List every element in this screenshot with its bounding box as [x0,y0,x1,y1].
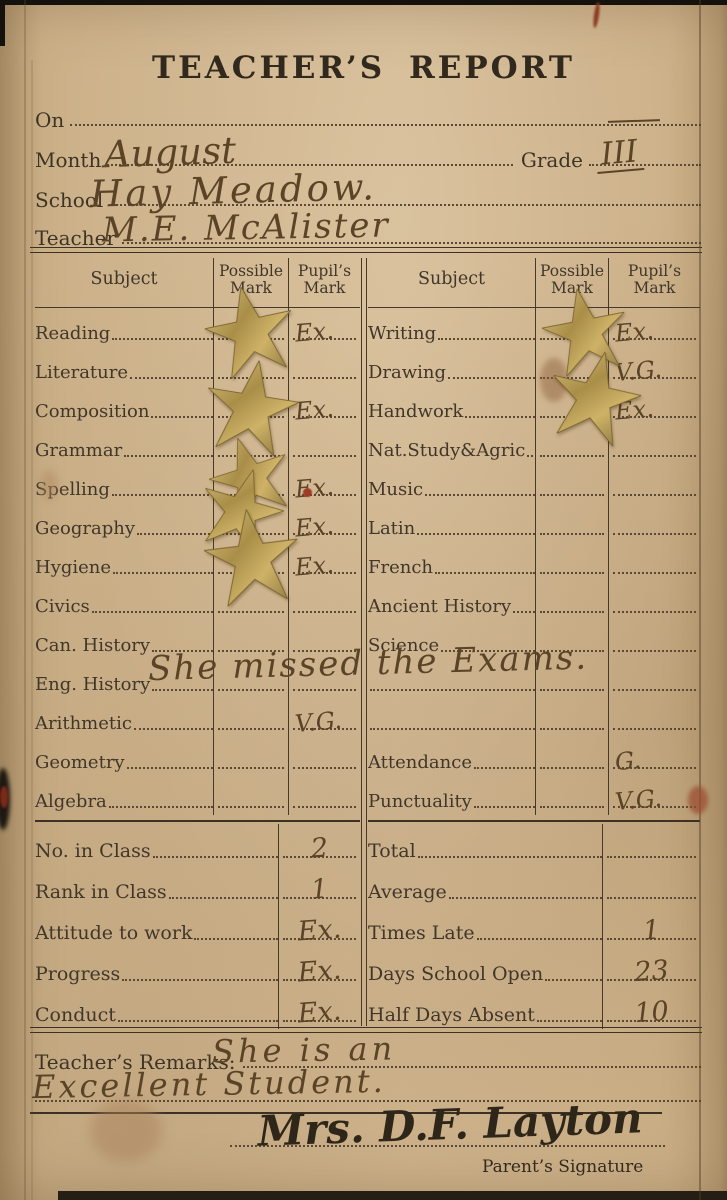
stat-value-handwriting: Ex. [278,955,361,988]
possible-mark-cell [535,464,608,503]
subject-cell: Spelling [35,464,213,503]
dotted-leader [218,728,284,730]
possible-mark-cell [213,737,288,776]
stats-left: No. in Class2Rank in Class1Attitude to w… [35,820,360,1029]
possible-mark-cell [535,581,608,620]
dotted-leader [370,728,535,730]
pupil-mark-cell: V.G. [608,776,700,815]
month-label: Month [35,148,107,172]
subject-cell: Drawing [368,347,535,386]
stat-label-cell: Progress [35,947,278,988]
pupil-mark-handwriting: G. [614,748,642,774]
pupil-mark-cell [608,581,700,620]
dotted-leader [448,377,535,379]
dotted-leader [540,806,604,808]
grade-label: Grade [513,148,589,172]
pupil-mark-header: Pupil’s Mark [608,258,700,308]
grade-value-handwriting: III [595,136,645,174]
possible-mark-cell [213,776,288,815]
dotted-leader [112,494,213,496]
stat-value-cell [602,865,700,906]
stat-value-cell: 1 [602,906,700,947]
dotted-leader [438,338,535,340]
possible-mark-cell [213,542,288,581]
stat-value-cell: 2 [278,824,360,865]
subject-cell: Arithmetic [35,698,213,737]
subject-cell: Civics [35,581,213,620]
dotted-leader [613,689,696,691]
scan-edge-bottom [58,1191,727,1200]
pupil-mark-handwriting: V.G. [614,786,663,814]
stats-row: Days School Open23 [368,947,700,988]
dotted-leader [474,767,535,769]
subject-cell: Hygiene [35,542,213,581]
dotted-leader [293,611,356,613]
subject-cell: Geometry [35,737,213,776]
dotted-leader [293,377,356,379]
double-rule [30,247,702,253]
stat-value-cell: Ex. [278,988,360,1029]
dotted-leader [537,1020,602,1022]
possible-mark-cell [213,308,288,347]
stat-value-cell: Ex. [278,906,360,947]
stat-label-cell: Rank in Class [35,865,278,906]
stat-value-handwriting: Ex. [278,914,361,947]
dotted-leader [218,611,284,613]
possible-mark-cell [213,581,288,620]
pupil-mark-cell [288,347,360,386]
table-header: Subject Possible Mark Pupil’s Mark [35,258,360,308]
subject-label: Algebra [35,791,109,812]
pupil-mark-cell [608,542,700,581]
stat-label: Average [368,881,449,903]
dotted-leader [124,455,213,457]
dotted-leader [152,689,213,691]
stats-row: Attitude to workEx. [35,906,360,947]
dotted-leader [540,416,604,418]
dotted-leader [169,897,278,899]
dotted-leader [218,377,284,379]
dotted-leader [218,689,284,691]
stat-value-handwriting: 1 [602,914,701,948]
pupil-mark-cell: Ex. [288,542,360,581]
possible-mark-header: Possible Mark [213,258,288,308]
dotted-leader [130,377,213,379]
stat-value-handwriting: 23 [602,955,701,989]
table-row: Latin [368,503,700,542]
dotted-leader [218,572,284,574]
dotted-leader [613,611,696,613]
possible-mark-cell [535,503,608,542]
subject-label: Latin [368,518,417,539]
table-row: French [368,542,700,581]
subject-label: Attendance [368,752,474,773]
left-subjects-table: Subject Possible Mark Pupil’s Mark Readi… [35,258,360,815]
on-row: On [35,98,701,132]
dotted-leader [418,856,602,858]
dotted-leader [92,611,213,613]
pupil-mark-cell: Ex. [288,308,360,347]
teacher-value-handwriting: M.E. McAlister [102,208,390,247]
subject-header: Subject [368,258,535,308]
stat-label-cell: No. in Class [35,824,278,865]
subject-cell: French [368,542,535,581]
stain [0,786,8,808]
possible-mark-cell [213,503,288,542]
pupil-mark-cell: Ex. [288,386,360,425]
table-row: ReadingEx. [35,308,360,347]
pupil-mark-cell [608,464,700,503]
scan-edge-corner [0,0,5,46]
table-body: WritingEx.DrawingV.G.HandworkEx.Nat.Stud… [368,308,700,815]
dotted-leader [70,124,701,126]
pupil-mark-cell: Ex. [608,386,700,425]
stat-value-handwriting: 1 [278,873,361,906]
dotted-leader [540,572,604,574]
subject-cell: Composition [35,386,213,425]
dotted-leader [613,494,696,496]
dotted-leader [194,938,278,940]
stats-row: ConductEx. [35,988,360,1029]
dotted-leader [218,533,284,535]
subject-label: French [368,557,435,578]
stat-label-cell: Half Days Absent [368,988,602,1029]
dotted-leader [112,338,213,340]
subject-label: Handwork [368,401,465,422]
pupil-mark-handwriting: Ex. [294,396,335,423]
dotted-leader [153,856,278,858]
dotted-leader [113,572,213,574]
pupil-mark-cell: Ex. [288,503,360,542]
stat-label: Half Days Absent [368,1004,537,1026]
pupil-mark-cell: G. [608,737,700,776]
pupil-mark-handwriting: V.G. [614,357,663,385]
subject-label: Arithmetic [35,713,134,734]
subject-cell: Literature [35,347,213,386]
subject-label: Grammar [35,440,124,461]
stat-value-handwriting: 10 [602,996,701,1030]
table-row: Algebra [35,776,360,815]
stat-label: Attitude to work [35,922,194,944]
possible-mark-cell [213,425,288,464]
subject-cell: Punctuality [368,776,535,815]
stat-label: Conduct [35,1004,118,1026]
table-row: ArithmeticV.G. [35,698,360,737]
table-row: Music [368,464,700,503]
subject-label: Nat.Study&Agric [368,440,527,461]
possible-mark-cell [535,698,608,737]
dotted-leader [218,338,284,340]
dotted-leader [527,455,535,457]
stat-label-cell: Days School Open [368,947,602,988]
table-row: Ancient History [368,581,700,620]
stats-row: Times Late1 [368,906,700,947]
dotted-leader [540,494,604,496]
pupil-mark-cell [608,425,700,464]
table-header: Subject Possible Mark Pupil’s Mark [368,258,700,308]
possible-mark-cell [213,698,288,737]
dotted-leader [293,689,356,691]
table-row: Literature [35,347,360,386]
stat-label: Times Late [368,922,477,944]
subject-label: Hygiene [35,557,113,578]
table-row [368,698,700,737]
subject-cell: Writing [368,308,535,347]
dotted-leader [137,533,213,535]
dotted-leader [613,572,696,574]
dotted-leader [293,767,356,769]
stat-label: No. in Class [35,840,153,862]
pupil-mark-cell [608,503,700,542]
dotted-leader [127,767,213,769]
subject-label: Eng. History [35,674,152,695]
dotted-leader [449,897,602,899]
dotted-leader [474,806,535,808]
stats-row: No. in Class2 [35,824,360,865]
pupil-mark-cell [608,698,700,737]
stat-value-cell: Ex. [278,947,360,988]
subject-label: Literature [35,362,130,383]
dotted-leader [218,806,284,808]
table-row: AttendanceG. [368,737,700,776]
pupil-mark-cell [288,581,360,620]
dotted-leader [122,979,278,981]
stain [592,2,601,28]
pupil-mark-handwriting: Ex. [294,474,335,501]
stain [90,1100,162,1162]
table-row: Civics [35,581,360,620]
dotted-leader [540,455,604,457]
dotted-leader [218,494,284,496]
subject-cell [368,698,535,737]
stat-label-cell: Average [368,865,602,906]
possible-mark-cell [535,425,608,464]
dotted-leader [218,767,284,769]
table-row: HygieneEx. [35,542,360,581]
dotted-leader [218,416,284,418]
dotted-leader [613,728,696,730]
table-row: WritingEx. [368,308,700,347]
possible-mark-cell [535,308,608,347]
possible-mark-cell [213,347,288,386]
stat-label-cell: Times Late [368,906,602,947]
center-divider [361,258,367,1026]
pupil-mark-cell [288,425,360,464]
dotted-leader [540,377,604,379]
dotted-leader [607,856,696,858]
pupil-mark-cell: Ex. [288,464,360,503]
subject-cell: Grammar [35,425,213,464]
subject-cell: Latin [368,503,535,542]
dotted-leader [465,416,535,418]
subject-cell: Attendance [368,737,535,776]
subject-cell: Nat.Study&Agric [368,425,535,464]
pupil-mark-cell [288,737,360,776]
pupil-mark-handwriting: V.G. [294,708,343,736]
subject-label: Reading [35,323,112,344]
possible-mark-cell [213,464,288,503]
dotted-leader [370,689,535,691]
dotted-leader [417,533,535,535]
subject-label: Composition [35,401,151,422]
table-row: CompositionEx. [35,386,360,425]
subject-cell: Reading [35,308,213,347]
on-label: On [35,108,70,132]
month-value-handwriting: August [103,132,236,174]
pupil-mark-header: Pupil’s Mark [288,258,360,308]
stat-label: Days School Open [368,963,545,985]
table-row: GeographyEx. [35,503,360,542]
table-row: HandworkEx. [368,386,700,425]
pupil-mark-cell: Ex. [608,308,700,347]
dotted-leader [613,533,696,535]
table-row: Geometry [35,737,360,776]
stat-label-cell: Attitude to work [35,906,278,947]
stat-label-cell: Total [368,824,602,865]
subject-label: Geometry [35,752,127,773]
stat-label: Rank in Class [35,881,169,903]
stats-body: No. in Class2Rank in Class1Attitude to w… [35,824,360,1029]
remarks-line2-handwriting: Excellent Student. [32,1065,386,1103]
pupil-mark-handwriting: Ex. [614,396,655,423]
possible-mark-cell [535,386,608,425]
dotted-leader [435,572,535,574]
stats-body: TotalAverageTimes Late1Days School Open2… [368,824,700,1029]
dotted-leader [477,938,602,940]
dotted-leader [540,533,604,535]
possible-mark-cell [213,386,288,425]
possible-mark-cell [535,347,608,386]
stat-value-cell: 10 [602,988,700,1029]
subject-label: Geography [35,518,137,539]
subject-label: Drawing [368,362,448,383]
subject-label: Ancient History [368,596,513,617]
scan-edge-top [0,0,727,5]
dotted-leader [293,455,356,457]
table-body: ReadingEx.LiteratureCompositionEx.Gramma… [35,308,360,815]
dotted-leader [613,455,696,457]
dotted-leader [545,979,602,981]
dotted-leader [540,767,604,769]
stat-label: Total [368,840,418,862]
dotted-leader [540,611,604,613]
subject-label: Punctuality [368,791,474,812]
table-row: DrawingV.G. [368,347,700,386]
stats-row: Total [368,824,700,865]
table-row: SpellingEx. [35,464,360,503]
possible-mark-cell [535,776,608,815]
dotted-leader [540,728,604,730]
stat-value-handwriting: 2 [278,832,361,865]
stat-value-handwriting: Ex. [278,996,361,1029]
pupil-mark-cell [288,776,360,815]
subject-label: Civics [35,596,92,617]
parent-signature-label: Parent’s Signature [482,1157,643,1177]
dotted-leader [540,338,604,340]
subject-cell: Handwork [368,386,535,425]
table-row: Grammar [35,425,360,464]
subject-label: Writing [368,323,438,344]
pupil-mark-cell: V.G. [288,698,360,737]
dotted-leader [513,611,535,613]
dotted-leader [218,455,284,457]
subject-cell: Ancient History [368,581,535,620]
dotted-leader [118,1020,278,1022]
subject-label: Can. History [35,635,152,656]
subject-cell: Music [368,464,535,503]
possible-mark-cell [535,737,608,776]
subject-cell: Geography [35,503,213,542]
dotted-leader [540,689,604,691]
stat-label: Progress [35,963,122,985]
stats-row: ProgressEx. [35,947,360,988]
dotted-leader [134,728,213,730]
dotted-leader [109,806,213,808]
dotted-leader [293,806,356,808]
subject-cell: Algebra [35,776,213,815]
table-row: Nat.Study&Agric [368,425,700,464]
pupil-mark-handwriting: Ex. [614,318,655,345]
stats-row: Average [368,865,700,906]
subject-label: Music [368,479,425,500]
dotted-leader [425,494,535,496]
stats-row: Rank in Class1 [35,865,360,906]
dotted-leader [607,897,696,899]
pupil-mark-handwriting: Ex. [294,513,335,540]
report-card-page: TEACHER’S REPORT On Month Grade School T… [0,0,727,1200]
page-title: TEACHER’S REPORT [0,50,727,86]
subject-label: Spelling [35,479,112,500]
table-row: PunctualityV.G. [368,776,700,815]
pupil-mark-handwriting: Ex. [294,552,335,579]
pupil-mark-cell: V.G. [608,347,700,386]
possible-mark-header: Possible Mark [535,258,608,308]
dotted-leader [151,416,213,418]
possible-mark-cell [535,542,608,581]
stat-label-cell: Conduct [35,988,278,1029]
stain [0,768,10,830]
pupil-mark-handwriting: Ex. [294,318,335,345]
right-subjects-table: Subject Possible Mark Pupil’s Mark Writi… [368,258,700,815]
stat-value-cell: 1 [278,865,360,906]
stat-value-cell: 23 [602,947,700,988]
stats-row: Half Days Absent10 [368,988,700,1029]
stat-value-cell [602,824,700,865]
paper-crease [24,0,26,1200]
subject-header: Subject [35,258,213,308]
stats-right: TotalAverageTimes Late1Days School Open2… [368,820,700,1029]
